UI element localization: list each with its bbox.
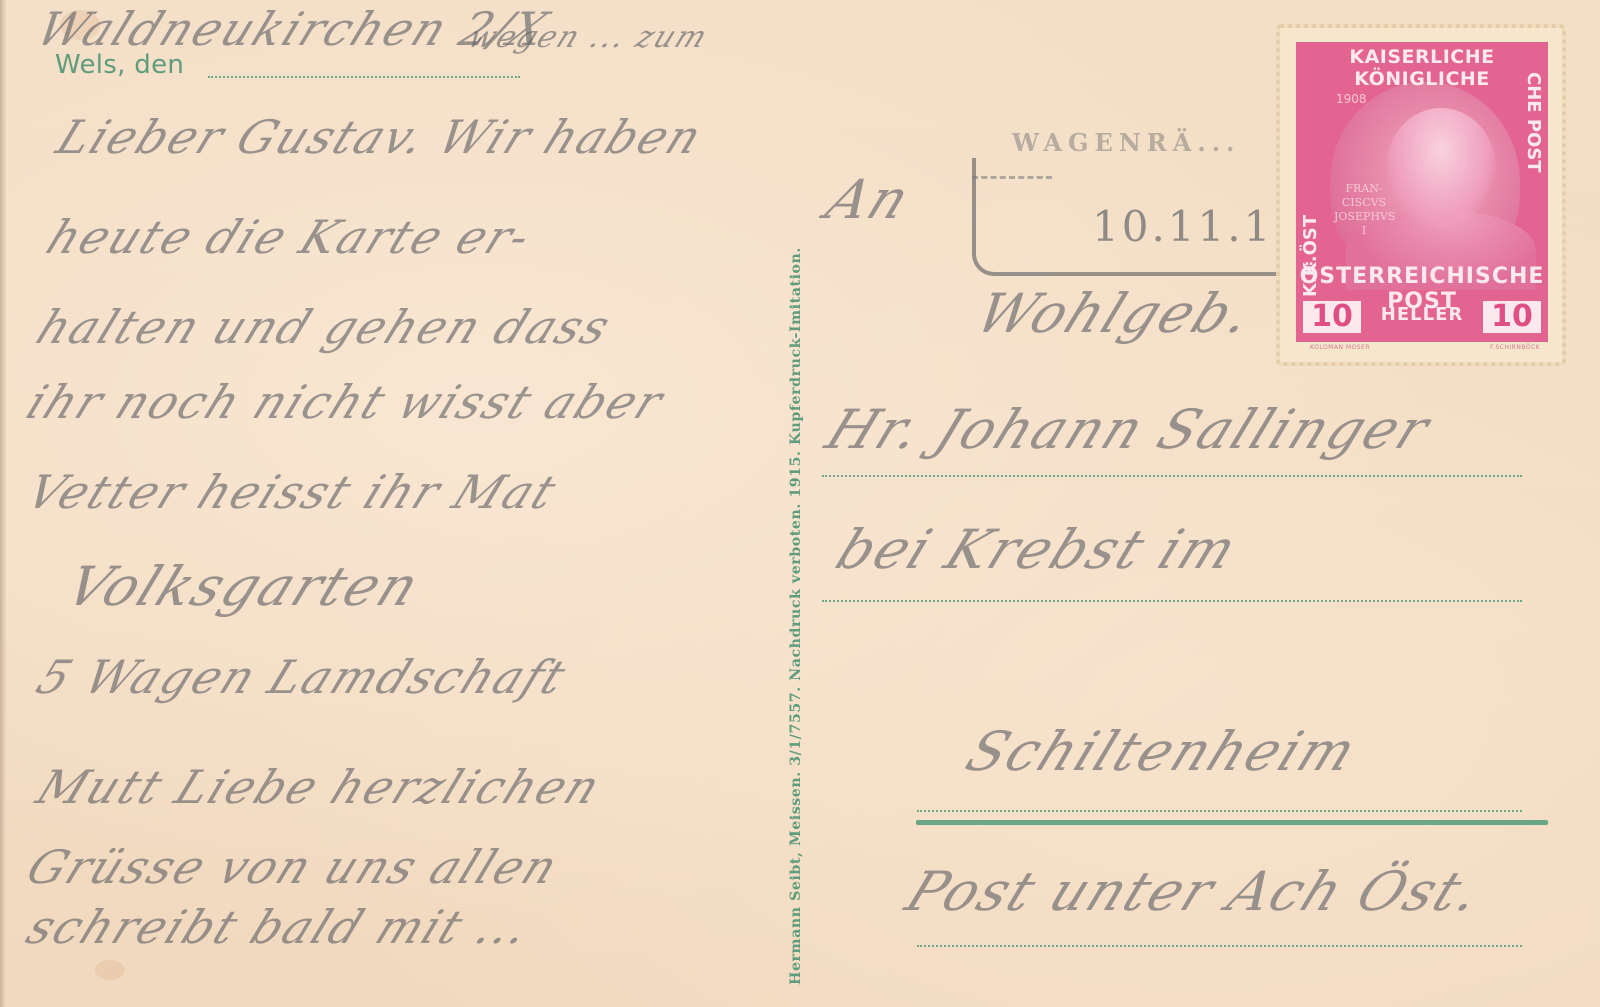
postcard-back: Wels, den Hermann Seibt, Meissen. 3/1/75… xyxy=(0,0,1600,1007)
postmark-town: WAGENRÄ... xyxy=(1012,128,1240,157)
postage-stamp: KAISERLICHE KÖNIGLICHE K.K.ÖST CHE POST … xyxy=(1276,24,1566,366)
address-post: Post unter Ach Öst. xyxy=(897,860,1492,923)
address-title: Wohlgeb. xyxy=(967,282,1263,345)
postmark-rule xyxy=(972,176,1052,179)
age-stain xyxy=(95,960,125,980)
address-name: Hr. Johann Sallinger xyxy=(817,398,1440,461)
message-line: Vetter heisst ihr Mat xyxy=(19,465,566,519)
address-line-3 xyxy=(917,810,1522,812)
stamp-value-right: 10 xyxy=(1480,298,1544,336)
message-line: halten und gehen dass xyxy=(29,300,620,354)
card-edge xyxy=(0,0,6,1007)
handwritten-note: wegen ... zum xyxy=(463,20,714,55)
stamp-designer-right: F.SCHIRNBÖCK xyxy=(1490,344,1540,351)
message-line: Lieber Gustav. Wir haben xyxy=(49,110,711,164)
address-town-underline xyxy=(916,820,1548,825)
stamp-value-left: 10 xyxy=(1300,298,1364,336)
message-line: Mutt Liebe herzlichen xyxy=(29,760,610,814)
stamp-design: KAISERLICHE KÖNIGLICHE K.K.ÖST CHE POST … xyxy=(1296,42,1548,342)
message-line: heute die Karte er- xyxy=(39,210,540,264)
stamp-year: 1908 xyxy=(1336,92,1367,106)
message-line: Volksgarten xyxy=(57,555,430,618)
publisher-imprint: Hermann Seibt, Meissen. 3/1/7557. Nachdr… xyxy=(788,247,804,985)
postmark-date: 10.11.1 xyxy=(1092,202,1273,251)
address-salutation: An xyxy=(817,168,920,231)
postmark: WAGENRÄ... 10.11.1 xyxy=(972,128,1302,278)
stamp-designer-left: KOLOMAN MOSER xyxy=(1310,344,1370,351)
emperor-portrait-icon xyxy=(1386,108,1496,228)
stamp-portrait-legend: FRAN- CISCVS JOSEPHVS I xyxy=(1334,182,1394,238)
address-town: Schiltenheim xyxy=(957,720,1367,783)
date-dotted-line xyxy=(208,76,520,78)
address-line-4 xyxy=(917,945,1522,947)
address-line-2 xyxy=(822,600,1522,602)
message-line: Grüsse von uns allen xyxy=(19,840,567,894)
message-line: 5 Wagen Lamdschaft xyxy=(29,650,575,704)
message-line: schreibt bald mit ... xyxy=(19,900,539,954)
address-line-1 xyxy=(822,475,1522,477)
message-line: ihr noch nicht wisst aber xyxy=(19,375,672,429)
address-care-of: bei Krebst im xyxy=(827,518,1247,581)
stamp-inscription-right: CHE POST xyxy=(1523,72,1544,173)
stamp-currency: HELLER xyxy=(1366,304,1478,325)
stamp-inscription-top: KAISERLICHE KÖNIGLICHE xyxy=(1296,46,1548,90)
